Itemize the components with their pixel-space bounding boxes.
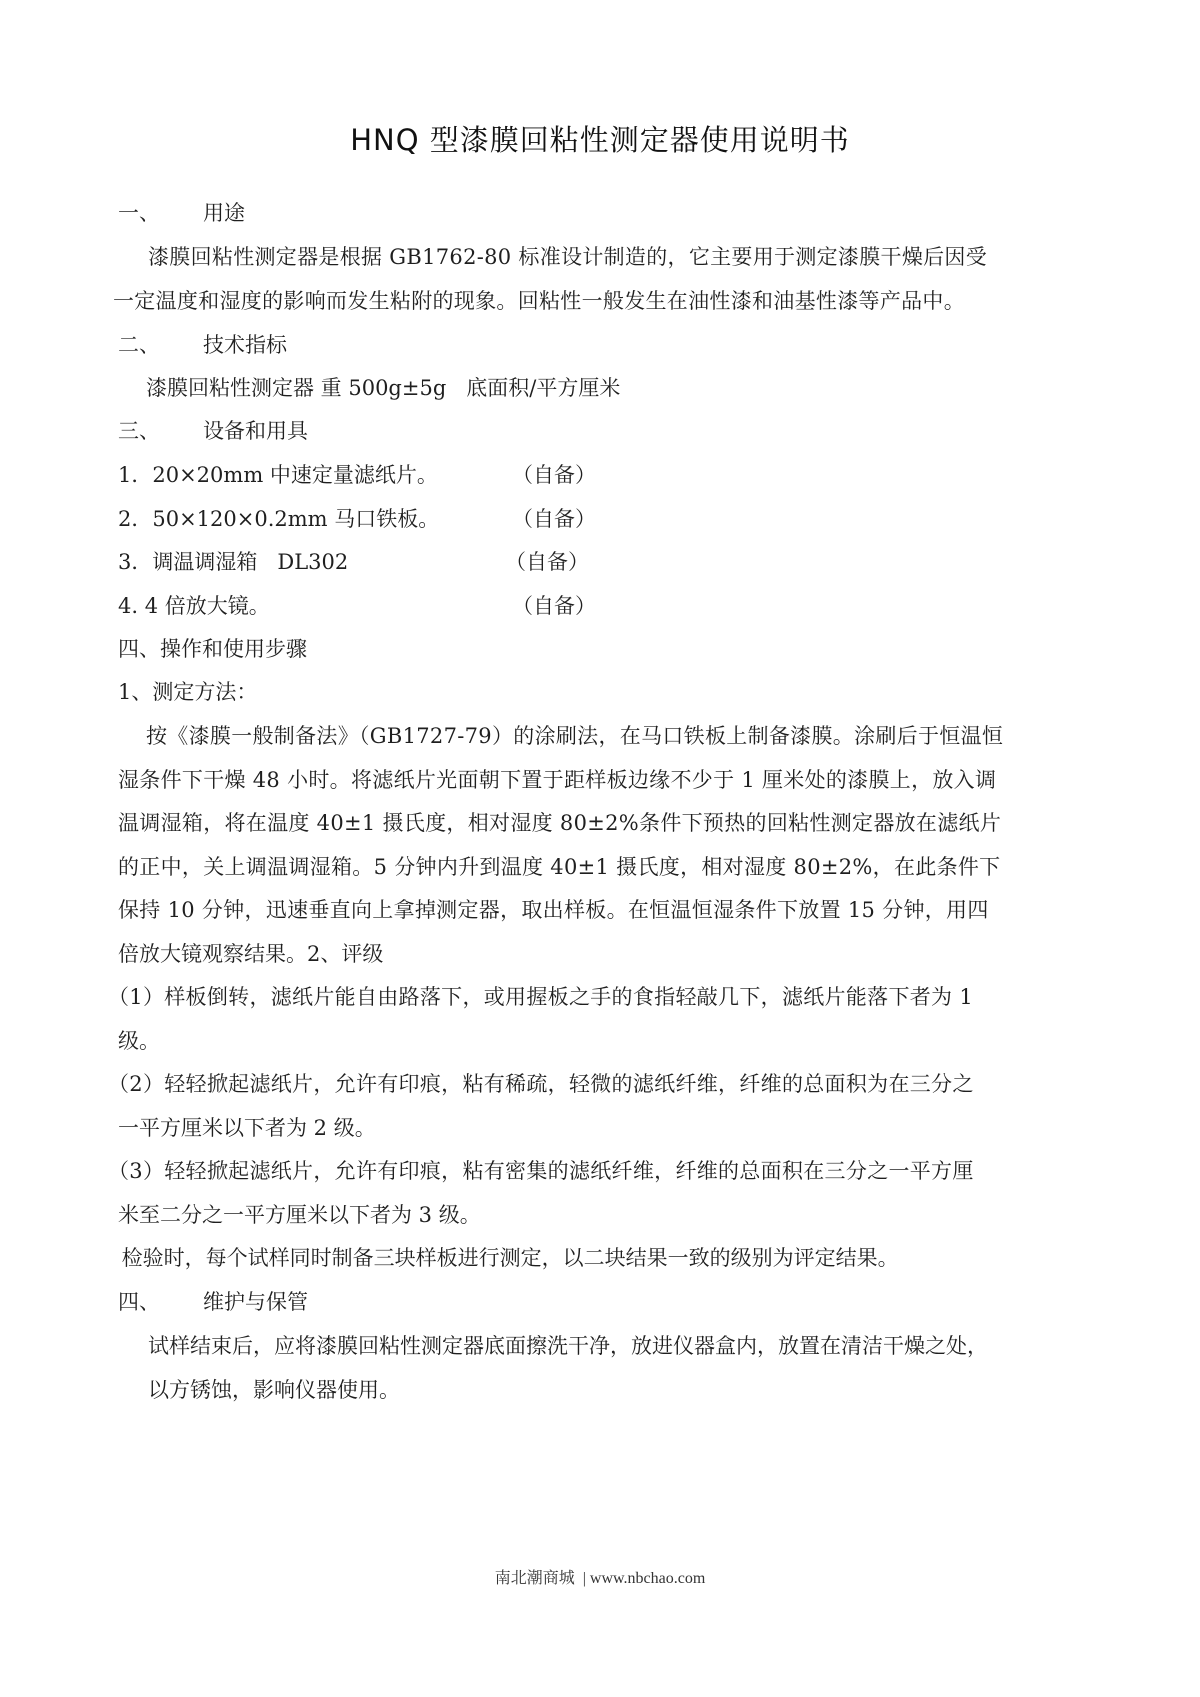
equipment-item: 2．50×120×0.2mm 马口铁板。 xyxy=(118,504,439,534)
paragraph-line: 一定温度和湿度的影响而发生粘附的现象。回粘性一般发生在油性漆和油基性漆等产品中。 xyxy=(113,286,965,316)
spec-line: 漆膜回粘性测定器 重 500g±5g 底面积/平方厘米 xyxy=(146,373,620,403)
section-number: 四、 xyxy=(118,1287,203,1317)
equipment-item: 4. 4 倍放大镜。 xyxy=(118,591,270,621)
section-heading-specs: 二、技术指标 xyxy=(118,330,287,360)
method-line: 按《漆膜一般制备法》（GB1727-79）的涂刷法，在马口铁板上制备漆膜。涂刷后… xyxy=(146,721,1003,751)
section-heading-maintenance: 四、维护与保管 xyxy=(118,1287,308,1317)
section-heading-operation: 四、操作和使用步骤 xyxy=(118,634,307,664)
page-title: HNQ 型漆膜回粘性测定器使用说明书 xyxy=(0,118,1200,159)
equipment-item: 3．调温调湿箱 DL302 xyxy=(118,547,348,577)
document-page: HNQ 型漆膜回粘性测定器使用说明书 一、用途 漆膜回粘性测定器是根据 GB17… xyxy=(0,0,1200,1697)
section-heading-equipment: 三、设备和用具 xyxy=(118,416,308,446)
maintenance-line: 以方锈蚀，影响仪器使用。 xyxy=(148,1375,400,1405)
footer-source: 南北潮商城 | www.nbchao.com xyxy=(0,1565,1200,1588)
subsection-method: 1、测定方法： xyxy=(118,677,257,707)
section-title: 技术指标 xyxy=(203,333,287,357)
section-number: 三、 xyxy=(118,416,203,446)
grade-line: （3）轻轻掀起滤纸片，允许有印痕，粘有密集的滤纸纤维，纤维的总面积在三分之一平方… xyxy=(108,1156,974,1186)
grade-line: （2）轻轻掀起滤纸片，允许有印痕，粘有稀疏，轻微的滤纸纤维，纤维的总面积为在三分… xyxy=(108,1069,974,1099)
paragraph-line: 漆膜回粘性测定器是根据 GB1762-80 标准设计制造的，它主要用于测定漆膜干… xyxy=(148,242,987,272)
maintenance-line: 试样结束后，应将漆膜回粘性测定器底面擦洗干净，放进仪器盒内，放置在清洁干燥之处， xyxy=(148,1331,988,1361)
method-line: 的正中，关上调温调湿箱。5 分钟内升到温度 40±1 摄氏度，相对湿度 80±2… xyxy=(118,852,1000,882)
grade-line: 级。 xyxy=(118,1026,160,1056)
section-title: 用途 xyxy=(203,201,245,225)
equipment-note: （自备） xyxy=(512,460,596,490)
grade-line: 米至二分之一平方厘米以下者为 3 级。 xyxy=(118,1200,481,1230)
equipment-note: （自备） xyxy=(512,504,596,534)
grade-line: （1）样板倒转，滤纸片能自由路落下，或用握板之手的食指轻敲几下，滤纸片能落下者为… xyxy=(108,982,973,1012)
method-line: 保持 10 分钟，迅速垂直向上拿掉测定器，取出样板。在恒温恒湿条件下放置 15 … xyxy=(118,895,989,925)
section-number: 一、 xyxy=(118,198,203,228)
section-heading-purpose: 一、用途 xyxy=(118,198,245,228)
method-line: 湿条件下干燥 48 小时。将滤纸片光面朝下置于距样板边缘不少于 1 厘米处的漆膜… xyxy=(118,765,996,795)
section-title: 设备和用具 xyxy=(203,419,308,443)
section-number: 二、 xyxy=(118,330,203,360)
grade-line: 一平方厘米以下者为 2 级。 xyxy=(118,1113,376,1143)
equipment-note: （自备） xyxy=(512,591,596,621)
equipment-note: （自备） xyxy=(505,547,589,577)
method-line: 温调湿箱，将在温度 40±1 摄氏度，相对湿度 80±2%条件下预热的回粘性测定… xyxy=(118,808,1001,838)
equipment-item: 1．20×20mm 中速定量滤纸片。 xyxy=(118,460,438,490)
section-title: 维护与保管 xyxy=(203,1290,308,1314)
method-line: 倍放大镜观察结果。2、评级 xyxy=(118,939,383,969)
inspection-note: 检验时，每个试样同时制备三块样板进行测定，以二块结果一致的级别为评定结果。 xyxy=(115,1243,899,1273)
